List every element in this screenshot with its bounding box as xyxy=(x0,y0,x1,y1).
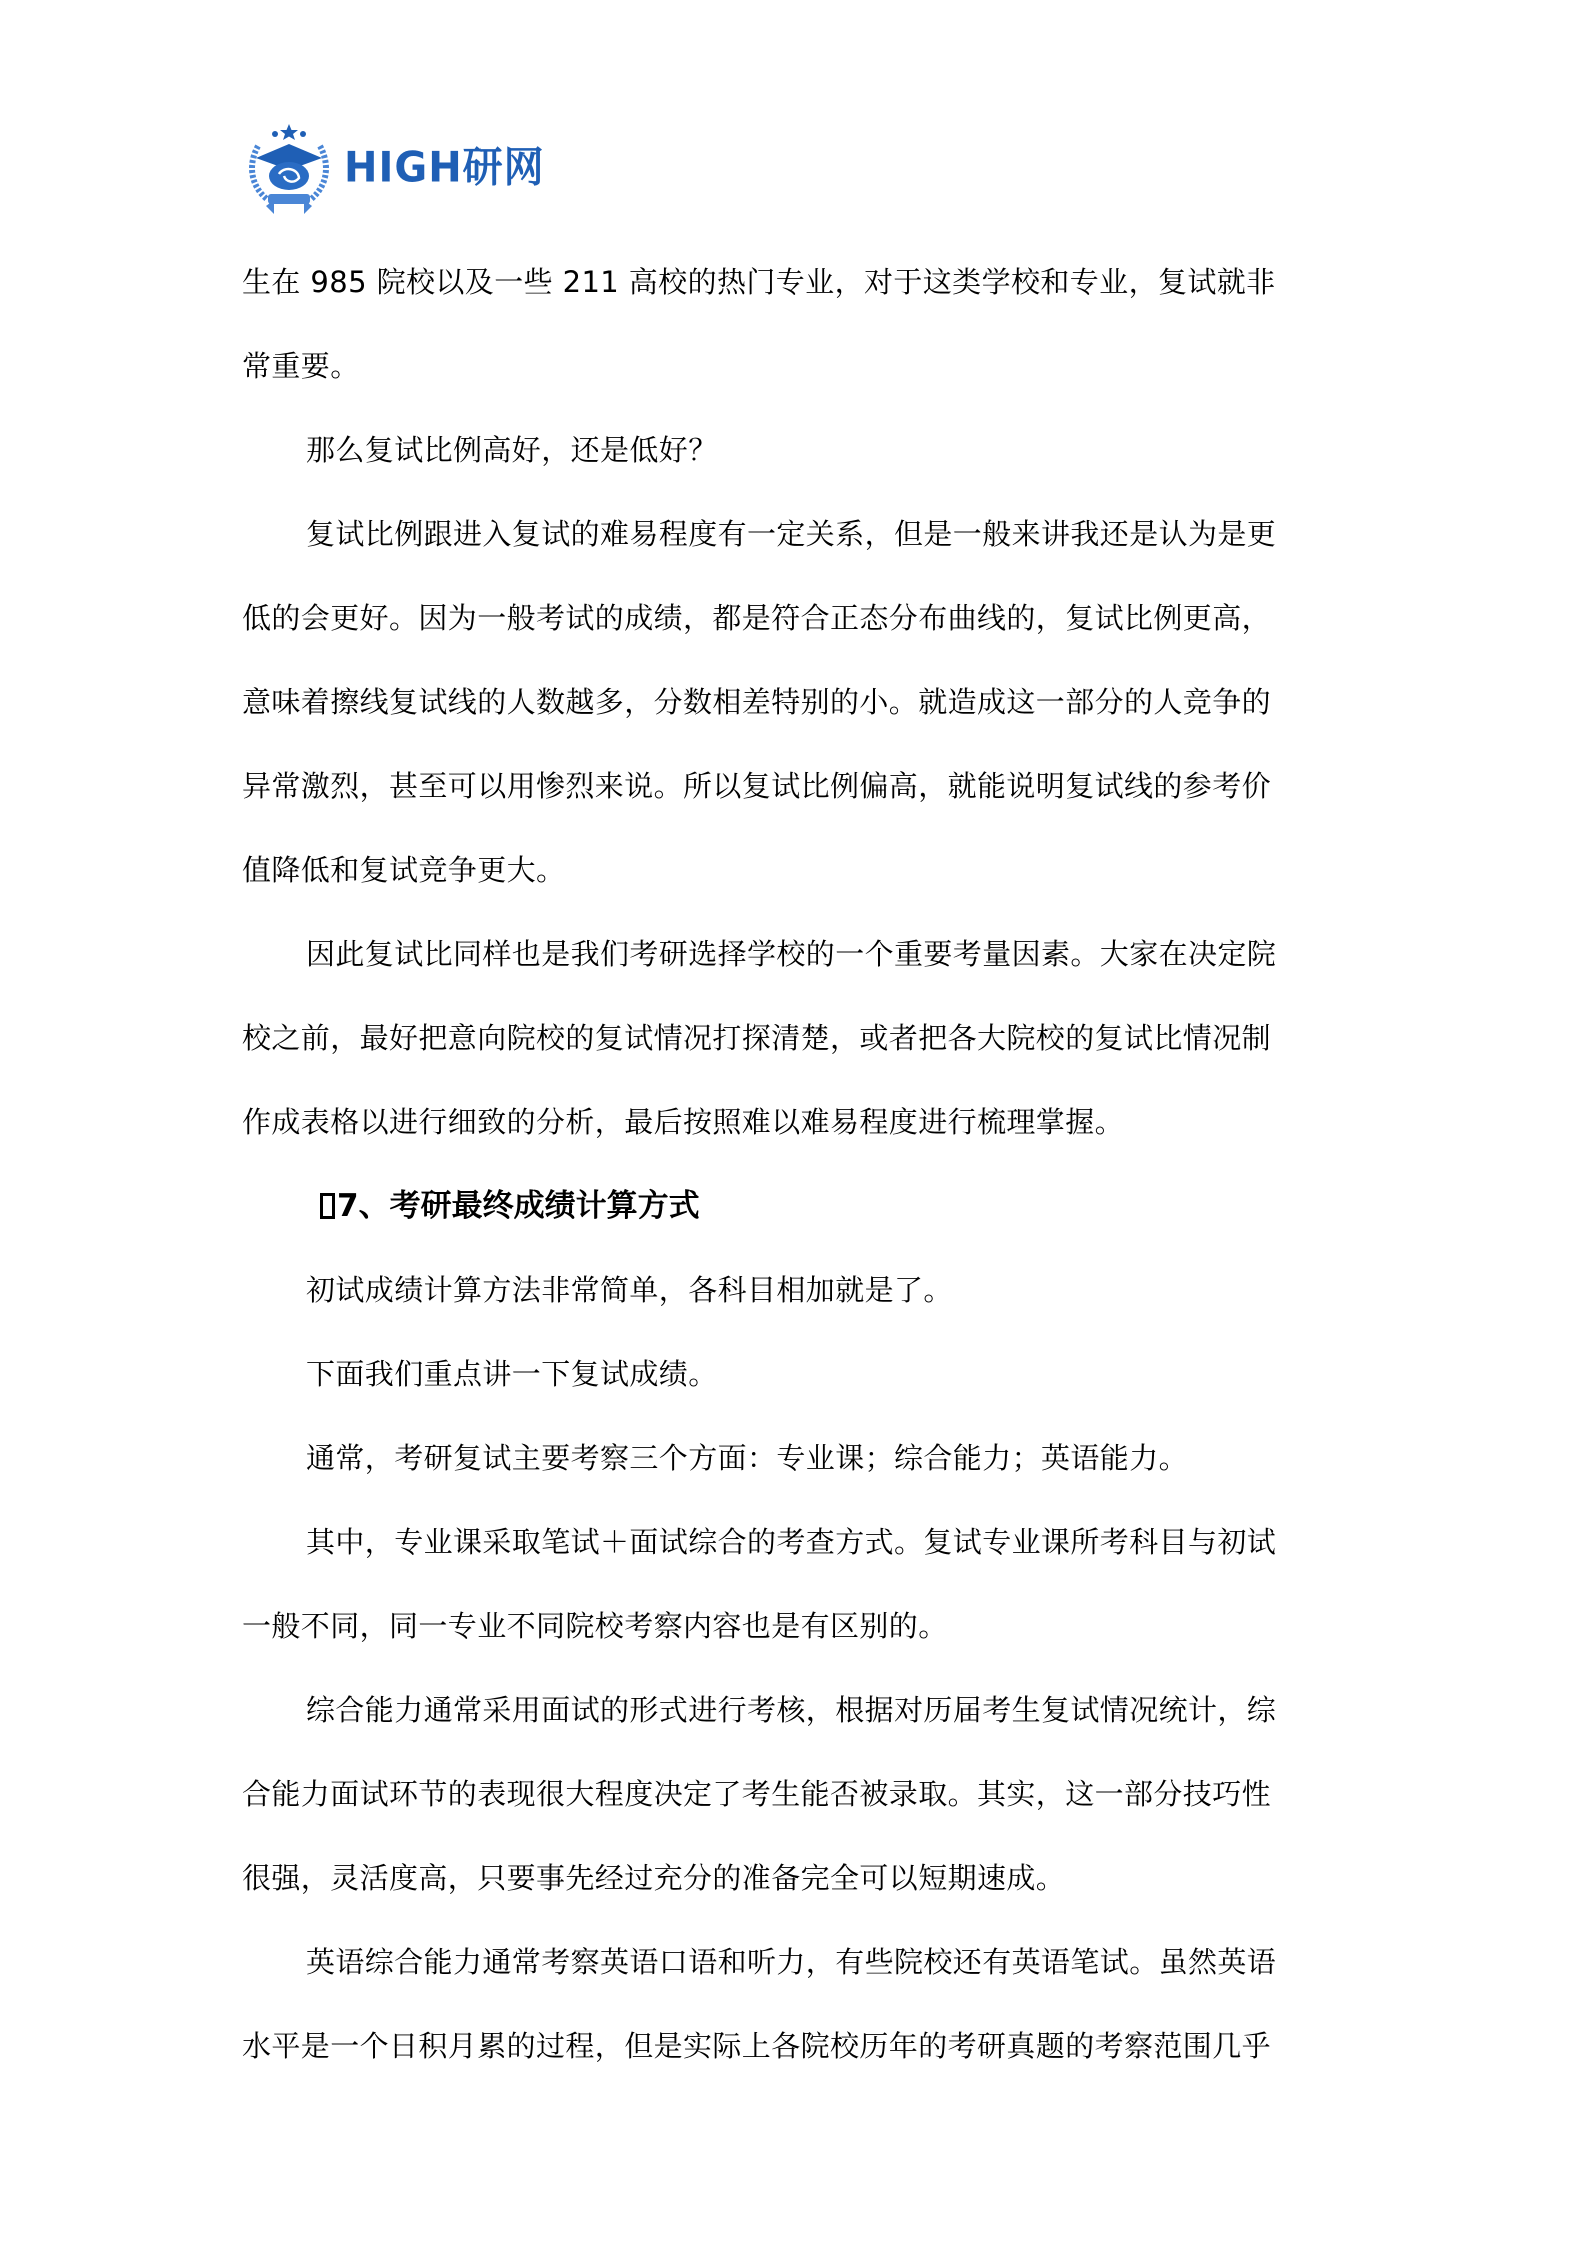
text-line: 作成表格以进行细致的分析，最后按照难以难易程度进行梳理掌握。 xyxy=(242,1080,1355,1164)
graduation-cap-laurel-emblem-icon xyxy=(244,120,334,216)
text-line: 水平是一个日积月累的过程，但是实际上各院校历年的考研真题的考察范围几乎 xyxy=(242,2004,1355,2088)
text-line: 意味着擦线复试线的人数越多，分数相差特别的小。就造成这一部分的人竞争的 xyxy=(242,660,1355,744)
text-line: 异常激烈，甚至可以用惨烈来说。所以复试比例偏高，就能说明复试线的参考价 xyxy=(242,744,1355,828)
paragraph: 其中，专业课采取笔试＋面试综合的考查方式。复试专业课所考科目与初试 一般不同，同… xyxy=(242,1500,1355,1668)
site-logo: HIGH研网 xyxy=(244,120,545,216)
text-line: 复试比例跟进入复试的难易程度有一定关系，但是一般来讲我还是认为是更 xyxy=(242,492,1355,576)
paragraph: 通常，考研复试主要考察三个方面：专业课；综合能力；英语能力。 xyxy=(242,1416,1355,1500)
paragraph: 那么复试比例高好，还是低好？ xyxy=(242,408,1355,492)
text-line: 常重要。 xyxy=(242,324,1355,408)
text-line: 英语综合能力通常考察英语口语和听力，有些院校还有英语笔试。虽然英语 xyxy=(242,1920,1355,2004)
text-line: 那么复试比例高好，还是低好？ xyxy=(242,408,1355,492)
text-line: 下面我们重点讲一下复试成绩。 xyxy=(242,1332,1355,1416)
text-line: 通常，考研复试主要考察三个方面：专业课；综合能力；英语能力。 xyxy=(242,1416,1355,1500)
text-line: 其中，专业课采取笔试＋面试综合的考查方式。复试专业课所考科目与初试 xyxy=(242,1500,1355,1584)
text-line: 生在 985 院校以及一些 211 高校的热门专业，对于这类学校和专业，复试就非 xyxy=(242,240,1355,324)
text-line: 低的会更好。因为一般考试的成绩，都是符合正态分布曲线的，复试比例更高， xyxy=(242,576,1355,660)
section-heading: 7、考研最终成绩计算方式 xyxy=(242,1164,1355,1248)
paragraph: 复试比例跟进入复试的难易程度有一定关系，但是一般来讲我还是认为是更 低的会更好。… xyxy=(242,492,1355,912)
text-line: 一般不同，同一专业不同院校考察内容也是有区别的。 xyxy=(242,1584,1355,1668)
paragraph: 因此复试比同样也是我们考研选择学校的一个重要考量因素。大家在决定院 校之前，最好… xyxy=(242,912,1355,1164)
paragraph: 综合能力通常采用面试的形式进行考核，根据对历届考生复试情况统计，综 合能力面试环… xyxy=(242,1668,1355,1920)
paragraph: 英语综合能力通常考察英语口语和听力，有些院校还有英语笔试。虽然英语 水平是一个日… xyxy=(242,1920,1355,2088)
text-line: 初试成绩计算方法非常简单，各科目相加就是了。 xyxy=(242,1248,1355,1332)
paragraph: 初试成绩计算方法非常简单，各科目相加就是了。 xyxy=(242,1248,1355,1332)
text-line: 很强，灵活度高，只要事先经过充分的准备完全可以短期速成。 xyxy=(242,1836,1355,1920)
text-line: 因此复试比同样也是我们考研选择学校的一个重要考量因素。大家在决定院 xyxy=(242,912,1355,996)
text-line: 合能力面试环节的表现很大程度决定了考生能否被录取。其实，这一部分技巧性 xyxy=(242,1752,1355,1836)
paragraph: 下面我们重点讲一下复试成绩。 xyxy=(242,1332,1355,1416)
paragraph: 生在 985 院校以及一些 211 高校的热门专业，对于这类学校和专业，复试就非… xyxy=(242,240,1355,408)
document-body: 生在 985 院校以及一些 211 高校的热门专业，对于这类学校和专业，复试就非… xyxy=(242,240,1355,2088)
text-line: 值降低和复试竞争更大。 xyxy=(242,828,1355,912)
section-heading-text: 7、考研最终成绩计算方式 xyxy=(337,1188,700,1224)
logo-text: HIGH研网 xyxy=(344,147,545,189)
missing-glyph-box-icon xyxy=(320,1193,335,1219)
text-line: 校之前，最好把意向院校的复试情况打探清楚，或者把各大院校的复试比情况制 xyxy=(242,996,1355,1080)
text-line: 综合能力通常采用面试的形式进行考核，根据对历届考生复试情况统计，综 xyxy=(242,1668,1355,1752)
